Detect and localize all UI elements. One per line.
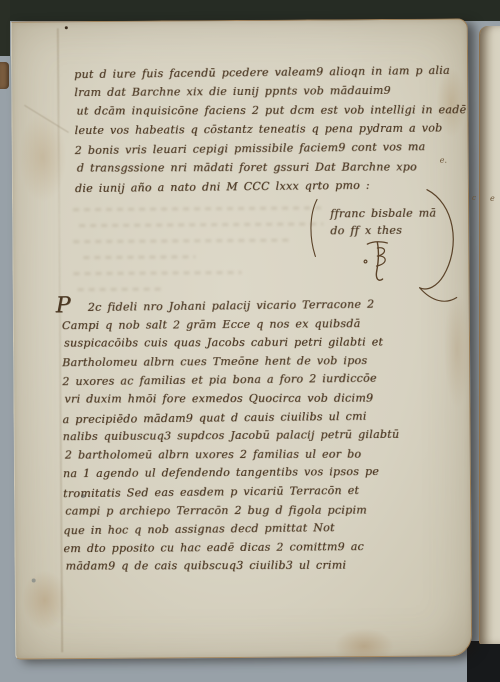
text-line: suspicacōibs cuis quas Jacobs caburi pet… [64,333,458,353]
margin-mark: e. [440,156,447,165]
margin-mark: e [490,194,495,203]
manuscript-photo: put d iure fuis facendū pcedere valeam9 … [0,0,500,682]
bleedthrough-line [73,239,289,244]
worm-hole [32,578,36,582]
text-line: Campi q nob salt 2 grām Ecce q nos ex qu… [62,314,458,335]
text-line: lram dat Barchne xix die iunij ppnts vob… [74,80,456,102]
paper-stain [334,628,394,664]
bleedthrough-line [73,206,323,211]
bleedthrough-line [83,255,195,259]
bleedthrough-line [74,271,242,275]
ink-speck [65,26,68,29]
binding-tab [0,62,9,89]
text-line: mādam9 q de cais quibscuq3 ciuilib3 ul c… [66,556,460,576]
gutter-mark: c [472,194,476,202]
corner-crease [24,105,69,133]
text-line: ut dcām inquisicōne faciens 2 put dcm es… [76,100,456,120]
text-line: em dto pposito cu hac eadē dicas 2 comit… [63,537,459,558]
bleedthrough-line [78,288,162,292]
manuscript-page: put d iure fuis facendū pcedere valeam9 … [11,18,472,659]
text-line: die iunij año a nato dni M CCC lxxx qrto… [75,175,457,198]
next-page-edge: e [479,26,500,644]
paragraph-2: 2c fideli nro Johani palacij vicario Ter… [62,295,460,577]
text-line: vri duxim hmōi fore exmedos Quocirca vob… [64,389,458,409]
text-line: 2 bartholomeū albrn uxores 2 familias ul… [65,445,459,465]
bleedthrough-line [79,222,323,227]
text-line: tromitatis Sed eas easdem p vicariū Terr… [63,481,459,504]
text-line: a precipiēdo mādam9 quat d cauis ciuilib… [62,406,458,429]
binding-shadow-corner [467,641,500,682]
signature-paraph-icon [361,236,391,288]
signature-left-paren-flourish [305,196,321,260]
binding-backdrop-left [0,0,10,56]
paragraph-1: put d iure fuis facendū pcedere valeam9 … [74,61,457,197]
